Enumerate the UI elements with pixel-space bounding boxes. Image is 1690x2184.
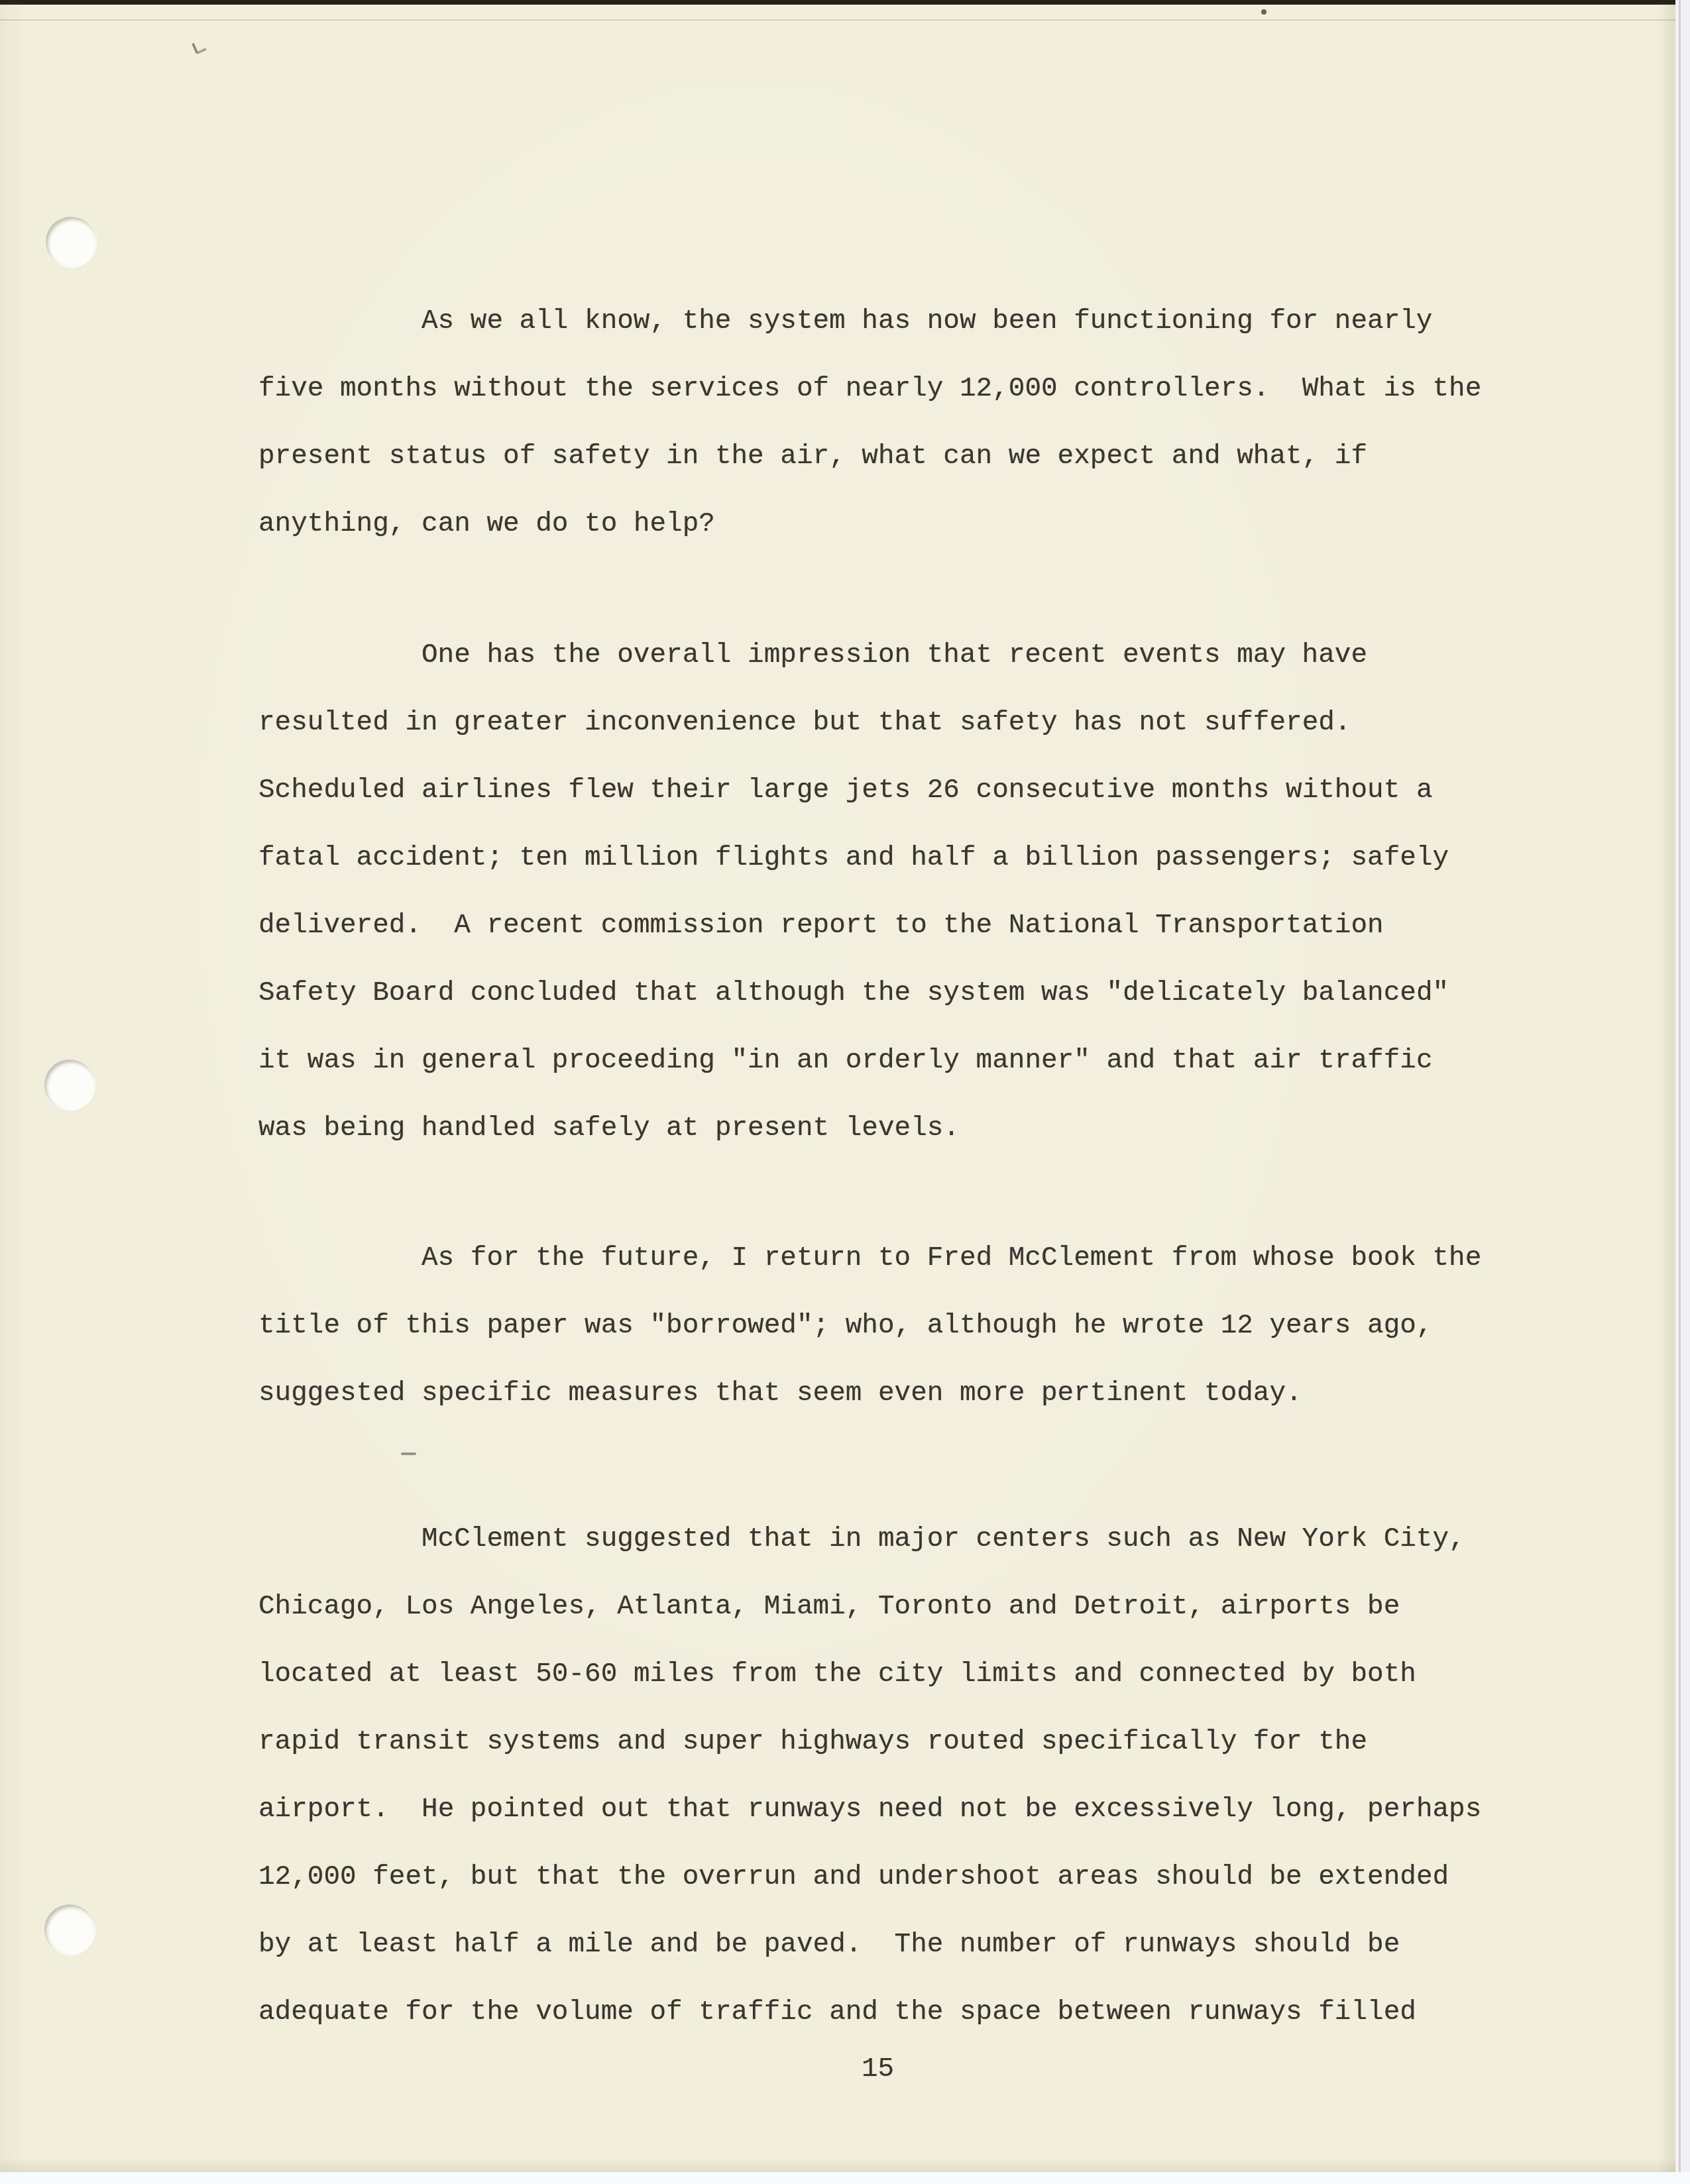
scan-edge-bottom: [0, 2172, 1690, 2184]
scan-edge-right: [1675, 0, 1690, 2184]
stray-dot-mark: [1261, 9, 1267, 15]
top-shadow-strip: [0, 0, 1675, 5]
paragraph: As for the future, I return to Fred McCl…: [258, 1225, 1504, 1427]
paper-crease: [0, 19, 1675, 21]
punch-hole-top: [46, 217, 96, 267]
document-text: As we all know, the system has now been …: [258, 288, 1504, 2046]
paragraph: As we all know, the system has now been …: [258, 288, 1504, 558]
punch-hole-bottom: [44, 1904, 95, 1955]
punch-hole-middle: [44, 1060, 95, 1110]
paper-sheet: As we all know, the system has now been …: [0, 0, 1675, 2172]
ink-speck-mark: [192, 39, 207, 54]
page-number: 15: [862, 2036, 941, 2103]
scanned-document-page: As we all know, the system has now been …: [0, 0, 1690, 2184]
paragraph: One has the overall impression that rece…: [258, 622, 1504, 1162]
paragraph: McClement suggested that in major center…: [258, 1505, 1504, 2046]
scan-edge-line: [1679, 0, 1681, 2184]
